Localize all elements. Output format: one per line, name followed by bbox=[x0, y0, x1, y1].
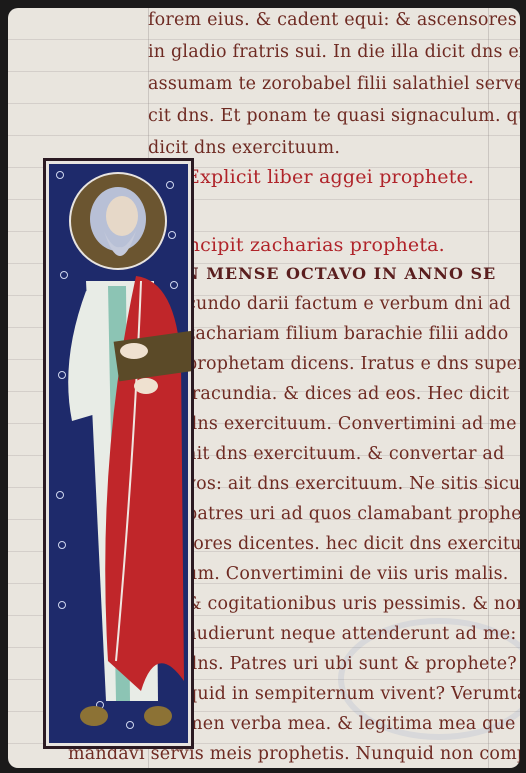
manuscript-page: forem eius. & cadent equi: & ascensores … bbox=[8, 8, 520, 768]
text-line: patres uri ad quos clamabant prophe bbox=[186, 504, 520, 524]
text-line: prophetam dicens. Iratus e dns super pat… bbox=[186, 354, 520, 374]
illuminated-initial bbox=[43, 158, 194, 749]
text-line: assumam te zorobabel filii salathiel ser… bbox=[148, 74, 520, 94]
text-line: & cogitationibus uris pessimis. & non bbox=[186, 594, 520, 614]
text-line: cundo darii factum e verbum dni ad bbox=[186, 294, 511, 314]
text-line: dns. Patres uri ubi sunt & prophete? Nu bbox=[186, 654, 520, 674]
text-line: dns exercituum. Convertimini ad me bbox=[186, 414, 517, 434]
opening-capitals: N MENSE OCTAVO IN ANNO SE bbox=[184, 264, 496, 283]
text-line: cit dns. Et ponam te quasi signaculum. q… bbox=[148, 106, 520, 126]
text-line: dicit dns exercituum. bbox=[148, 138, 340, 158]
text-line: vos: ait dns exercituum. Ne sitis sicut bbox=[186, 474, 520, 494]
text-line: men verba mea. & legitima mea que bbox=[186, 714, 516, 734]
prophet-figure-icon bbox=[46, 161, 191, 746]
text-line: audierunt neque attenderunt ad me: dicit bbox=[186, 624, 520, 644]
text-line: in gladio fratris sui. In die illa dicit… bbox=[148, 42, 520, 62]
text-line: quid in sempiternum vivent? Verumta bbox=[186, 684, 520, 704]
text-line: ait dns exercituum. & convertar ad bbox=[186, 444, 504, 464]
text-line: tores dicentes. hec dicit dns exercitu bbox=[186, 534, 520, 554]
text-line: forem eius. & cadent equi: & ascensores … bbox=[148, 10, 520, 30]
incipit-rubric: Incipit zacharias propheta. bbox=[180, 234, 445, 256]
text-line: iracundia. & dices ad eos. Hec dicit bbox=[186, 384, 509, 404]
text-line: zachariam filium barachie filii addo bbox=[186, 324, 508, 344]
text-line: um. Convertimini de viis uris malis. bbox=[186, 564, 509, 584]
explicit-rubric: Explicit liber aggei prophete. bbox=[186, 166, 474, 188]
